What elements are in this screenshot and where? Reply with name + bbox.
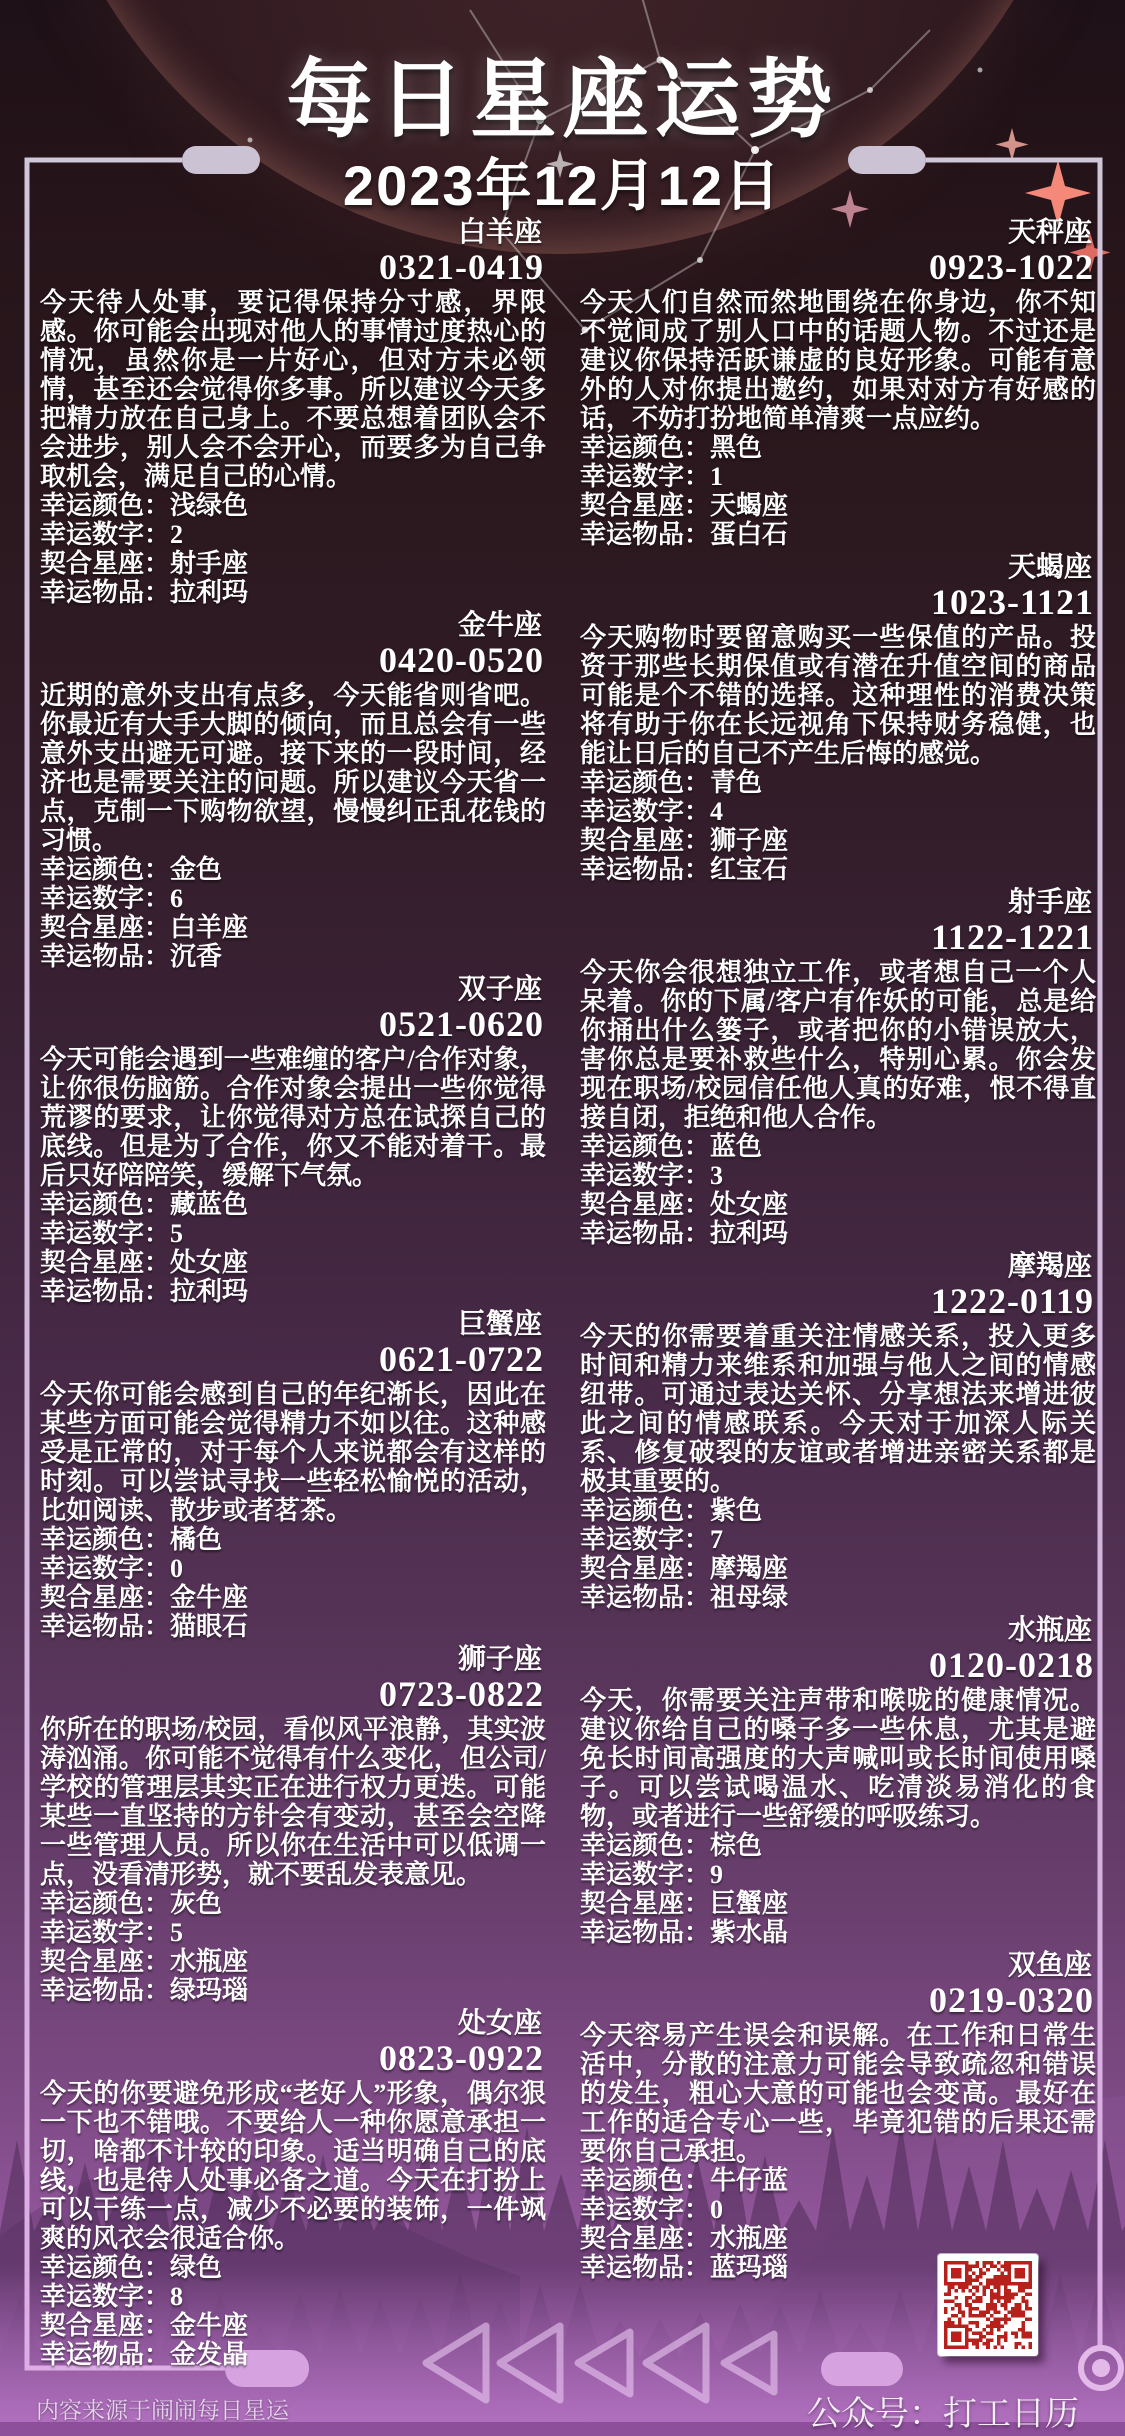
lucky-number-line: 幸运数字：3 <box>580 1161 1096 1190</box>
lucky-item-line: 幸运物品：拉利玛 <box>40 578 546 607</box>
qr-code <box>938 2254 1038 2356</box>
lucky-item-line: 幸运物品：红宝石 <box>580 855 1096 884</box>
zodiac-horoscope-text: 今天待人处事，要记得保持分寸感，界限感。你可能会出现对他人的事情过度热心的情况，… <box>40 288 546 491</box>
lucky-color-line: 幸运颜色：牛仔蓝 <box>580 2166 1096 2195</box>
lucky-color-line: 幸运颜色：橘色 <box>40 1525 546 1554</box>
match-sign-line: 契合星座：天蝎座 <box>580 491 1096 520</box>
column-right: 天秤座 0923-1022 今天人们自然而然地围绕在你身边，你不知不觉间成了别人… <box>580 218 1096 2286</box>
lucky-color-line: 幸运颜色：绿色 <box>40 2253 546 2282</box>
lucky-item-line: 幸运物品：祖母绿 <box>580 1583 1096 1612</box>
zodiac-name: 双子座 <box>40 975 546 1005</box>
lucky-number-line: 幸运数字：6 <box>40 884 546 913</box>
lucky-item-line: 幸运物品：拉利玛 <box>40 1277 546 1306</box>
match-sign-line: 契合星座：巨蟹座 <box>580 1889 1096 1918</box>
lucky-number-line: 幸运数字：0 <box>580 2195 1096 2224</box>
zodiac-section: 天蝎座 1023-1121 今天购物时要留意购买一些保值的产品。投资于那些长期保… <box>580 553 1096 884</box>
zodiac-name: 金牛座 <box>40 611 546 641</box>
zodiac-horoscope-text: 今天人们自然而然地围绕在你身边，你不知不觉间成了别人口中的话题人物。不过还是建议… <box>580 288 1096 433</box>
frame-pill-bottom-right <box>821 2352 903 2386</box>
zodiac-section: 水瓶座 0120-0218 今天，你需要关注声带和喉咙的健康情况。建议你给自己的… <box>580 1616 1096 1947</box>
match-sign-line: 契合星座：水瓶座 <box>40 1947 546 1976</box>
zodiac-section: 金牛座 0420-0520 近期的意外支出有点多，今天能省则省吧。你最近有大手大… <box>40 611 546 971</box>
content-source-credit: 内容来源于闹闹每日星运 <box>36 2392 289 2425</box>
lucky-number-line: 幸运数字：1 <box>580 462 1096 491</box>
zodiac-date-range: 1122-1221 <box>580 918 1096 956</box>
lucky-color-line: 幸运颜色：藏蓝色 <box>40 1190 546 1219</box>
zodiac-name: 狮子座 <box>40 1645 546 1675</box>
zodiac-section: 处女座 0823-0922 今天的你要避免形成“老好人”形象，偶尔狠一下也不错哦… <box>40 2009 546 2369</box>
zodiac-horoscope-text: 今天，你需要关注声带和喉咙的健康情况。建议你给自己的嗓子多一些休息，尤其是避免长… <box>580 1686 1096 1831</box>
zodiac-name: 射手座 <box>580 888 1096 918</box>
zodiac-date-range: 0420-0520 <box>40 641 546 679</box>
zodiac-section: 双鱼座 0219-0320 今天容易产生误会和误解。在工作和日常生活中，分散的注… <box>580 1951 1096 2282</box>
lucky-color-line: 幸运颜色：黑色 <box>580 433 1096 462</box>
lucky-color-line: 幸运颜色：紫色 <box>580 1496 1096 1525</box>
lucky-color-line: 幸运颜色：蓝色 <box>580 1132 1096 1161</box>
zodiac-date-range: 1023-1121 <box>580 583 1096 621</box>
match-sign-line: 契合星座：白羊座 <box>40 913 546 942</box>
match-sign-line: 契合星座：金牛座 <box>40 2311 546 2340</box>
match-sign-line: 契合星座：处女座 <box>40 1248 546 1277</box>
lucky-number-line: 幸运数字：4 <box>580 797 1096 826</box>
horoscope-poster: 每日星座运势 2023年12月12日 白羊座 0321-0419 今天待人处事，… <box>0 0 1125 2436</box>
zodiac-section: 白羊座 0321-0419 今天待人处事，要记得保持分寸感，界限感。你可能会出现… <box>40 218 546 607</box>
zodiac-name: 水瓶座 <box>580 1616 1096 1646</box>
lucky-number-line: 幸运数字：0 <box>40 1554 546 1583</box>
zodiac-date-range: 0723-0822 <box>40 1675 546 1713</box>
zodiac-date-range: 1222-0119 <box>580 1282 1096 1320</box>
zodiac-horoscope-text: 今天你可能会感到自己的年纪渐长，因此在某些方面可能会觉得精力不如以往。这种感受是… <box>40 1380 546 1525</box>
lucky-item-line: 幸运物品：拉利玛 <box>580 1219 1096 1248</box>
zodiac-name: 摩羯座 <box>580 1252 1096 1282</box>
lucky-color-line: 幸运颜色：金色 <box>40 855 546 884</box>
match-sign-line: 契合星座：狮子座 <box>580 826 1096 855</box>
lucky-color-line: 幸运颜色：浅绿色 <box>40 491 546 520</box>
zodiac-date-range: 0521-0620 <box>40 1005 546 1043</box>
zodiac-horoscope-text: 今天的你需要着重关注情感关系，投入更多时间和精力来维系和加强与他人之间的情感纽带… <box>580 1322 1096 1496</box>
page-date: 2023年12月12日 <box>0 142 1125 222</box>
zodiac-horoscope-text: 今天的你要避免形成“老好人”形象，偶尔狠一下也不错哦。不要给人一种你愿意承担一切… <box>40 2079 546 2253</box>
zodiac-horoscope-text: 近期的意外支出有点多，今天能省则省吧。你最近有大手大脚的倾向，而且总会有一些意外… <box>40 681 546 855</box>
zodiac-name: 巨蟹座 <box>40 1310 546 1340</box>
lucky-item-line: 幸运物品：金发晶 <box>40 2340 546 2369</box>
zodiac-section: 巨蟹座 0621-0722 今天你可能会感到自己的年纪渐长，因此在某些方面可能会… <box>40 1310 546 1641</box>
zodiac-date-range: 0621-0722 <box>40 1340 546 1378</box>
zodiac-name: 天秤座 <box>580 218 1096 248</box>
zodiac-section: 双子座 0521-0620 今天可能会遇到一些难缠的客户/合作对象，让你很伤脑筋… <box>40 975 546 1306</box>
zodiac-section: 摩羯座 1222-0119 今天的你需要着重关注情感关系，投入更多时间和精力来维… <box>580 1252 1096 1612</box>
zodiac-name: 处女座 <box>40 2009 546 2039</box>
lucky-color-line: 幸运颜色：灰色 <box>40 1889 546 1918</box>
zodiac-name: 天蝎座 <box>580 553 1096 583</box>
lucky-color-line: 幸运颜色：棕色 <box>580 1831 1096 1860</box>
zodiac-horoscope-text: 你所在的职场/校园，看似风平浪静，其实波涛汹涌。你可能不觉得有什么变化，但公司/… <box>40 1715 546 1889</box>
zodiac-date-range: 0219-0320 <box>580 1981 1096 2019</box>
zodiac-date-range: 0120-0218 <box>580 1646 1096 1684</box>
zodiac-name: 双鱼座 <box>580 1951 1096 1981</box>
zodiac-horoscope-text: 今天可能会遇到一些难缠的客户/合作对象，让你很伤脑筋。合作对象会提出一些你觉得荒… <box>40 1045 546 1190</box>
lucky-number-line: 幸运数字：5 <box>40 1219 546 1248</box>
match-sign-line: 契合星座：水瓶座 <box>580 2224 1096 2253</box>
lucky-item-line: 幸运物品：沉香 <box>40 942 546 971</box>
zodiac-date-range: 0321-0419 <box>40 248 546 286</box>
lucky-number-line: 幸运数字：9 <box>580 1860 1096 1889</box>
zodiac-horoscope-text: 今天容易产生误会和误解。在工作和日常生活中，分散的注意力可能会导致疏忽和错误的发… <box>580 2021 1096 2166</box>
lucky-number-line: 幸运数字：5 <box>40 1918 546 1947</box>
zodiac-name: 白羊座 <box>40 218 546 248</box>
match-sign-line: 契合星座：处女座 <box>580 1190 1096 1219</box>
wechat-account-label: 公众号：打工日历 <box>807 2386 1079 2435</box>
zodiac-section: 狮子座 0723-0822 你所在的职场/校园，看似风平浪静，其实波涛汹涌。你可… <box>40 1645 546 2005</box>
lucky-item-line: 幸运物品：紫水晶 <box>580 1918 1096 1947</box>
lucky-item-line: 幸运物品：绿玛瑙 <box>40 1976 546 2005</box>
page-title: 每日星座运势 <box>0 30 1125 154</box>
zodiac-date-range: 0923-1022 <box>580 248 1096 286</box>
match-sign-line: 契合星座：金牛座 <box>40 1583 546 1612</box>
zodiac-date-range: 0823-0922 <box>40 2039 546 2077</box>
zodiac-horoscope-text: 今天你会很想独立工作，或者想自己一个人呆着。你的下属/客户有作妖的可能，总是给你… <box>580 958 1096 1132</box>
lucky-number-line: 幸运数字：2 <box>40 520 546 549</box>
lucky-number-line: 幸运数字：8 <box>40 2282 546 2311</box>
lucky-item-line: 幸运物品：猫眼石 <box>40 1612 546 1641</box>
match-sign-line: 契合星座：摩羯座 <box>580 1554 1096 1583</box>
column-left: 白羊座 0321-0419 今天待人处事，要记得保持分寸感，界限感。你可能会出现… <box>40 218 546 2373</box>
zodiac-horoscope-text: 今天购物时要留意购买一些保值的产品。投资于那些长期保值或有潜在升值空间的商品可能… <box>580 623 1096 768</box>
zodiac-section: 天秤座 0923-1022 今天人们自然而然地围绕在你身边，你不知不觉间成了别人… <box>580 218 1096 549</box>
lucky-item-line: 幸运物品：蛋白石 <box>580 520 1096 549</box>
zodiac-section: 射手座 1122-1221 今天你会很想独立工作，或者想自己一个人呆着。你的下属… <box>580 888 1096 1248</box>
match-sign-line: 契合星座：射手座 <box>40 549 546 578</box>
lucky-number-line: 幸运数字：7 <box>580 1525 1096 1554</box>
lucky-color-line: 幸运颜色：青色 <box>580 768 1096 797</box>
